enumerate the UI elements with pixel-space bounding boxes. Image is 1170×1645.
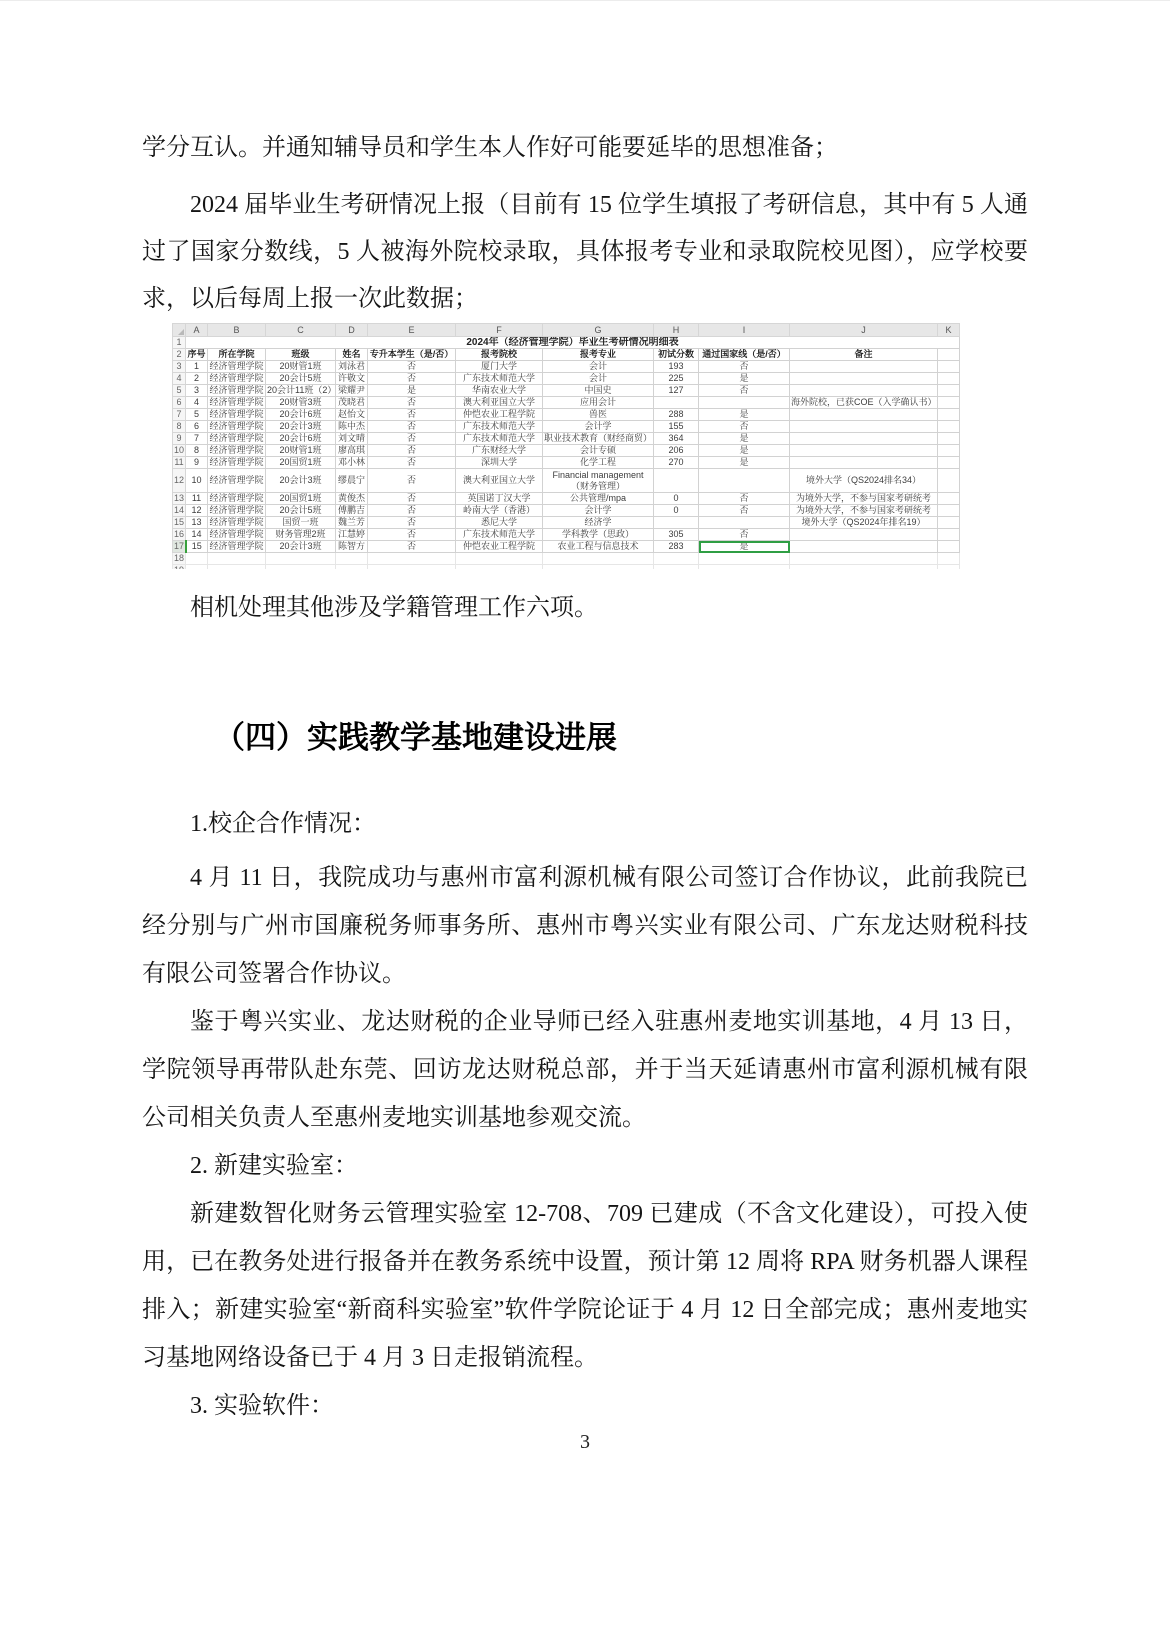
sheet-cell — [938, 493, 960, 505]
sheet-cell: 8 — [186, 445, 208, 457]
sheet-row: 1412经济管理学院20会计5班傅鹏吉否岭南大学（香港）会计学0否为境外大学，不… — [173, 505, 960, 517]
sheet-cell: 20会计3班 — [266, 421, 336, 433]
sheet-cell — [654, 553, 699, 565]
subsection-3-title: 3. 实验软件： — [142, 1382, 1028, 1430]
sheet-corner — [173, 324, 186, 337]
row-number: 12 — [173, 469, 186, 493]
sheet-cell — [790, 409, 938, 421]
sheet-cell: 刘文晴 — [336, 433, 368, 445]
sheet-cell: 270 — [654, 457, 699, 469]
sheet-cell: 20会计5班 — [266, 373, 336, 385]
sheet-cell: 否 — [699, 529, 790, 541]
paragraph-other-matters: 相机处理其他涉及学籍管理工作六项。 — [142, 585, 1028, 632]
sheet-cell: 15 — [186, 541, 208, 553]
sheet-cell: 经济管理学院 — [208, 445, 266, 457]
document-body: 学分互认。并通知辅导员和学生本人作好可能要延毕的思想准备； 2024 届毕业生考… — [142, 1, 1028, 1430]
sheet-cell: 否 — [368, 397, 456, 409]
sheet-cell: 邓小林 — [336, 457, 368, 469]
sheet-cell: 仲恺农业工程学院 — [456, 541, 543, 553]
sheet-cell — [456, 553, 543, 565]
sheet-cell: 经济管理学院 — [208, 421, 266, 433]
sheet-cell: 黄俊杰 — [336, 493, 368, 505]
sheet-header: 班级 — [266, 349, 336, 361]
sheet-cell: 20会计5班 — [266, 505, 336, 517]
sheet-header — [938, 349, 960, 361]
sheet-cell: 否 — [368, 457, 456, 469]
row-number: 17 — [173, 541, 186, 553]
sheet-cell — [790, 373, 938, 385]
sheet-cell: 否 — [368, 541, 456, 553]
sheet-cell — [336, 565, 368, 570]
column-letter: D — [336, 324, 368, 337]
sheet-cell: 梁耀尹 — [336, 385, 368, 397]
sheet-cell: 许敬文 — [336, 373, 368, 385]
sheet-row: 18 — [173, 553, 960, 565]
sheet-cell — [938, 565, 960, 570]
sheet-cell: 否 — [368, 493, 456, 505]
sheet-header: 序号 — [186, 349, 208, 361]
sheet-cell: 为境外大学，不参与国家考研统考 — [790, 493, 938, 505]
sheet-cell: 经济管理学院 — [208, 529, 266, 541]
sheet-row: 1614经济管理学院财务管理2班江慧婷否广东技术师范大学学科教学（思政）305否 — [173, 529, 960, 541]
sheet-cell — [938, 469, 960, 493]
sheet-cell: 岭南大学（香港） — [456, 505, 543, 517]
sheet-cell: 11 — [186, 493, 208, 505]
sheet-cell: 化学工程 — [543, 457, 654, 469]
sheet-cell — [336, 553, 368, 565]
sheet-cell: 否 — [699, 361, 790, 373]
sheet-header: 备注 — [790, 349, 938, 361]
sheet-cell: 澳大利亚国立大学 — [456, 469, 543, 493]
sheet-cell: 否 — [368, 421, 456, 433]
sheet-cell: 农业工程与信息技术 — [543, 541, 654, 553]
sheet-cell: 是 — [699, 445, 790, 457]
sheet-cell: 20会计3班 — [266, 541, 336, 553]
sheet-cell — [699, 517, 790, 529]
sheet-cell: 学科教学（思政） — [543, 529, 654, 541]
sheet-cell: Financial management（财务管理） — [543, 469, 654, 493]
section-heading-4: （四）实践教学基地建设进展 — [142, 718, 1028, 758]
sheet-cell — [938, 421, 960, 433]
sheet-cell: 364 — [654, 433, 699, 445]
sheet-cell — [790, 541, 938, 553]
sheet-cell: 澳大利亚国立大学 — [456, 397, 543, 409]
sheet-cell: 经济学 — [543, 517, 654, 529]
sheet-cell — [654, 469, 699, 493]
sheet-cell: 193 — [654, 361, 699, 373]
row-number: 1 — [173, 337, 186, 349]
row-number: 7 — [173, 409, 186, 421]
sheet-cell — [790, 457, 938, 469]
sheet-cell: 廖高琪 — [336, 445, 368, 457]
sheet-header: 报考院校 — [456, 349, 543, 361]
sheet-cell — [938, 373, 960, 385]
sheet-cell: 20国贸1班 — [266, 457, 336, 469]
sheet-row: 19 — [173, 565, 960, 570]
row-number: 4 — [173, 373, 186, 385]
sheet-cell: 是 — [699, 373, 790, 385]
sheet-cell: 经济管理学院 — [208, 469, 266, 493]
sheet-cell: 305 — [654, 529, 699, 541]
sheet-cell: 否 — [368, 373, 456, 385]
sheet-cell: 否 — [368, 433, 456, 445]
paragraph-cooperation-1: 4 月 11 日，我院成功与惠州市富利源机械有限公司签订合作协议，此前我院已经分… — [142, 854, 1028, 998]
sheet-cell — [699, 397, 790, 409]
sheet-cell — [790, 433, 938, 445]
sheet-cell: 中国史 — [543, 385, 654, 397]
sheet-row: 42经济管理学院20会计5班许敬文否广东技术师范大学会计225是 — [173, 373, 960, 385]
sheet-cell — [938, 397, 960, 409]
sheet-cell: 财务管理2班 — [266, 529, 336, 541]
sheet-row: 108经济管理学院20财管1班廖高琪否广东财经大学会计专硕206是 — [173, 445, 960, 457]
sheet-cell — [790, 445, 938, 457]
paragraph-postgrad-report: 2024 届毕业生考研情况上报（目前有 15 位学生填报了考研信息，其中有 5 … — [142, 182, 1028, 323]
sheet-header: 专升本学生（是/否） — [368, 349, 456, 361]
sheet-cell — [938, 553, 960, 565]
sheet-cell — [368, 565, 456, 570]
sheet-cell — [938, 385, 960, 397]
sheet-cell: 是 — [699, 541, 790, 553]
column-letter: F — [456, 324, 543, 337]
sheet-title: 2024年（经济管理学院）毕业生考研情况明细表 — [186, 337, 960, 349]
sheet-cell: 职业技术教育（财经商贸） — [543, 433, 654, 445]
column-letter: J — [790, 324, 938, 337]
sheet-cell: 经济管理学院 — [208, 433, 266, 445]
row-number: 11 — [173, 457, 186, 469]
sheet-cell — [186, 565, 208, 570]
subsection-2-title: 2. 新建实验室： — [142, 1142, 1028, 1190]
sheet-cell: 广东财经大学 — [456, 445, 543, 457]
row-number: 13 — [173, 493, 186, 505]
sheet-cell: 经济管理学院 — [208, 493, 266, 505]
paragraph-new-labs: 新建数智化财务云管理实验室 12-708、709 已建成（不含文化建设），可投入… — [142, 1190, 1028, 1382]
sheet-header: 姓名 — [336, 349, 368, 361]
row-number: 5 — [173, 385, 186, 397]
column-letter-row: ABCDEFGHIJK — [173, 324, 960, 337]
column-letter: E — [368, 324, 456, 337]
column-letter: C — [266, 324, 336, 337]
paragraph-credit-transfer: 学分互认。并通知辅导员和学生本人作好可能要延毕的思想准备； — [142, 125, 1028, 172]
sheet-cell — [543, 553, 654, 565]
sheet-cell: 9 — [186, 457, 208, 469]
sheet-cell: 为境外大学，不参与国家考研统考 — [790, 505, 938, 517]
sheet-cell: 20财管3班 — [266, 397, 336, 409]
sheet-cell: 283 — [654, 541, 699, 553]
sheet-cell: 否 — [368, 409, 456, 421]
sheet-row: 1210经济管理学院20会计3班缪晨宁否澳大利亚国立大学Financial ma… — [173, 469, 960, 493]
sheet-cell: 经济管理学院 — [208, 361, 266, 373]
sheet-cell: 应用会计 — [543, 397, 654, 409]
sheet-cell: 20会计3班 — [266, 469, 336, 493]
sheet-cell: 20财管1班 — [266, 445, 336, 457]
sheet-cell — [699, 565, 790, 570]
sheet-cell: 7 — [186, 433, 208, 445]
sheet-row: 2序号所在学院班级姓名专升本学生（是/否）报考院校报考专业初试分数通过国家线（是… — [173, 349, 960, 361]
sheet-cell — [938, 361, 960, 373]
sheet-cell: 14 — [186, 529, 208, 541]
sheet-row: 31经济管理学院20财管1班刘泳君否厦门大学会计193否 — [173, 361, 960, 373]
sheet-cell: 20会计11班（2） — [266, 385, 336, 397]
sheet-cell: 否 — [699, 505, 790, 517]
row-number: 3 — [173, 361, 186, 373]
sheet-cell: 是 — [699, 433, 790, 445]
sheet-cell: 否 — [699, 493, 790, 505]
sheet-cell: 赵怡文 — [336, 409, 368, 421]
sheet-cell — [938, 457, 960, 469]
sheet-cell: 否 — [368, 505, 456, 517]
sheet-row: 12024年（经济管理学院）毕业生考研情况明细表 — [173, 337, 960, 349]
sheet-cell — [266, 553, 336, 565]
sheet-cell: 深圳大学 — [456, 457, 543, 469]
sheet-cell: 江慧婷 — [336, 529, 368, 541]
sheet-cell — [938, 541, 960, 553]
sheet-cell — [938, 445, 960, 457]
paragraph-cooperation-2: 鉴于粤兴实业、龙达财税的企业导师已经入驻惠州麦地实训基地，4 月 13 日，学院… — [142, 998, 1028, 1142]
document-page: 学分互认。并通知辅导员和学生本人作好可能要延毕的思想准备； 2024 届毕业生考… — [0, 0, 1170, 1645]
sheet-cell — [938, 433, 960, 445]
sheet-cell — [790, 529, 938, 541]
sheet-cell: 境外大学（QS2024排名34） — [790, 469, 938, 493]
sheet-cell: 广东技术师范大学 — [456, 433, 543, 445]
sheet-cell: 2 — [186, 373, 208, 385]
sheet-header: 通过国家线（是/否） — [699, 349, 790, 361]
sheet-cell: 悉尼大学 — [456, 517, 543, 529]
page-number: 3 — [0, 1431, 1170, 1454]
sheet-cell: 国贸一班 — [266, 517, 336, 529]
sheet-cell: 华南农业大学 — [456, 385, 543, 397]
sheet-cell: 否 — [368, 529, 456, 541]
sheet-cell: 否 — [699, 385, 790, 397]
sheet-cell: 3 — [186, 385, 208, 397]
sheet-header: 报考专业 — [543, 349, 654, 361]
postgrad-detail-table: ABCDEFGHIJK12024年（经济管理学院）毕业生考研情况明细表2序号所在… — [172, 323, 960, 569]
sheet-cell: 13 — [186, 517, 208, 529]
sheet-cell: 1 — [186, 361, 208, 373]
row-number: 10 — [173, 445, 186, 457]
sheet-cell: 魏兰芳 — [336, 517, 368, 529]
sheet-cell — [938, 409, 960, 421]
sheet-cell: 会计学 — [543, 505, 654, 517]
sheet-cell: 4 — [186, 397, 208, 409]
sheet-cell: 仲恺农业工程学院 — [456, 409, 543, 421]
column-letter: A — [186, 324, 208, 337]
sheet-cell: 是 — [368, 385, 456, 397]
sheet-cell: 20会计6班 — [266, 433, 336, 445]
sheet-cell — [186, 553, 208, 565]
sheet-cell: 否 — [368, 469, 456, 493]
sheet-cell: 会计学 — [543, 421, 654, 433]
sheet-cell — [790, 385, 938, 397]
sheet-cell: 否 — [368, 517, 456, 529]
row-number: 2 — [173, 349, 186, 361]
sheet-cell: 陈中杰 — [336, 421, 368, 433]
embedded-spreadsheet-screenshot: ABCDEFGHIJK12024年（经济管理学院）毕业生考研情况明细表2序号所在… — [172, 323, 961, 569]
sheet-cell — [456, 565, 543, 570]
sheet-cell: 20国贸1班 — [266, 493, 336, 505]
sheet-row: 75经济管理学院20会计6班赵怡文否仲恺农业工程学院兽医288是 — [173, 409, 960, 421]
sheet-cell: 206 — [654, 445, 699, 457]
row-number: 15 — [173, 517, 186, 529]
sheet-cell: 经济管理学院 — [208, 505, 266, 517]
sheet-cell: 傅鹏吉 — [336, 505, 368, 517]
sheet-cell: 6 — [186, 421, 208, 433]
sheet-cell: 海外院校，已获COE（入学确认书）录取 — [790, 397, 938, 409]
sheet-cell — [790, 361, 938, 373]
sheet-cell — [938, 505, 960, 517]
row-number: 9 — [173, 433, 186, 445]
sheet-cell — [654, 565, 699, 570]
sheet-cell — [208, 553, 266, 565]
column-letter: G — [543, 324, 654, 337]
column-letter: K — [938, 324, 960, 337]
sheet-cell: 经济管理学院 — [208, 541, 266, 553]
sheet-cell: 厦门大学 — [456, 361, 543, 373]
sheet-cell: 20财管1班 — [266, 361, 336, 373]
column-letter: H — [654, 324, 699, 337]
sheet-cell — [938, 517, 960, 529]
sheet-cell: 5 — [186, 409, 208, 421]
row-number: 16 — [173, 529, 186, 541]
sheet-cell — [368, 553, 456, 565]
sheet-cell: 境外大学（QS2024年排名19） — [790, 517, 938, 529]
sheet-cell — [938, 529, 960, 541]
sheet-cell — [266, 565, 336, 570]
sheet-cell: 是 — [699, 457, 790, 469]
sheet-cell: 127 — [654, 385, 699, 397]
sheet-cell: 12 — [186, 505, 208, 517]
sheet-header: 所在学院 — [208, 349, 266, 361]
sheet-cell: 否 — [368, 445, 456, 457]
row-number: 19 — [173, 565, 186, 570]
sheet-cell — [208, 565, 266, 570]
sheet-row: 64经济管理学院20财管3班茂晓君否澳大利亚国立大学应用会计海外院校，已获COE… — [173, 397, 960, 409]
column-letter: B — [208, 324, 266, 337]
sheet-cell — [543, 565, 654, 570]
row-number: 14 — [173, 505, 186, 517]
sheet-cell: 会计 — [543, 361, 654, 373]
sheet-cell: 是 — [699, 409, 790, 421]
sheet-cell: 广东技术师范大学 — [456, 421, 543, 433]
sheet-cell: 经济管理学院 — [208, 517, 266, 529]
sheet-cell: 会计专硕 — [543, 445, 654, 457]
sheet-cell: 英国诺丁汉大学 — [456, 493, 543, 505]
subsection-1-title: 1.校企合作情况： — [142, 800, 1028, 848]
sheet-cell: 经济管理学院 — [208, 457, 266, 469]
sheet-cell — [790, 565, 938, 570]
sheet-cell: 刘泳君 — [336, 361, 368, 373]
sheet-cell — [654, 517, 699, 529]
sheet-cell: 会计 — [543, 373, 654, 385]
sheet-cell: 广东技术师范大学 — [456, 529, 543, 541]
sheet-cell: 经济管理学院 — [208, 385, 266, 397]
sheet-cell: 否 — [368, 361, 456, 373]
sheet-row: 119经济管理学院20国贸1班邓小林否深圳大学化学工程270是 — [173, 457, 960, 469]
sheet-row: 1715经济管理学院20会计3班陈智方否仲恺农业工程学院农业工程与信息技术283… — [173, 541, 960, 553]
sheet-row: 53经济管理学院20会计11班（2）梁耀尹是华南农业大学中国史127否 — [173, 385, 960, 397]
row-number: 8 — [173, 421, 186, 433]
sheet-cell: 225 — [654, 373, 699, 385]
sheet-cell — [654, 397, 699, 409]
sheet-cell: 陈智方 — [336, 541, 368, 553]
sheet-row: 1311经济管理学院20国贸1班黄俊杰否英国诺丁汉大学公共管理/mpa0否为境外… — [173, 493, 960, 505]
sheet-cell: 公共管理/mpa — [543, 493, 654, 505]
row-number: 18 — [173, 553, 186, 565]
sheet-cell: 兽医 — [543, 409, 654, 421]
sheet-cell: 否 — [699, 421, 790, 433]
sheet-cell: 广东技术师范大学 — [456, 373, 543, 385]
sheet-cell: 经济管理学院 — [208, 409, 266, 421]
sheet-cell: 288 — [654, 409, 699, 421]
sheet-cell: 155 — [654, 421, 699, 433]
sheet-cell — [790, 421, 938, 433]
column-letter: I — [699, 324, 790, 337]
sheet-row: 1513经济管理学院国贸一班魏兰芳否悉尼大学经济学境外大学（QS2024年排名1… — [173, 517, 960, 529]
sheet-cell: 经济管理学院 — [208, 397, 266, 409]
sheet-cell — [699, 469, 790, 493]
sheet-cell: 10 — [186, 469, 208, 493]
sheet-cell: 0 — [654, 505, 699, 517]
sheet-header: 初试分数 — [654, 349, 699, 361]
sheet-cell: 茂晓君 — [336, 397, 368, 409]
sheet-row: 86经济管理学院20会计3班陈中杰否广东技术师范大学会计学155否 — [173, 421, 960, 433]
sheet-cell: 20会计6班 — [266, 409, 336, 421]
sheet-cell — [790, 553, 938, 565]
sheet-cell: 经济管理学院 — [208, 373, 266, 385]
sheet-row: 97经济管理学院20会计6班刘文晴否广东技术师范大学职业技术教育（财经商贸）36… — [173, 433, 960, 445]
sheet-cell: 缪晨宁 — [336, 469, 368, 493]
row-number: 6 — [173, 397, 186, 409]
sheet-cell — [699, 553, 790, 565]
sheet-cell: 0 — [654, 493, 699, 505]
